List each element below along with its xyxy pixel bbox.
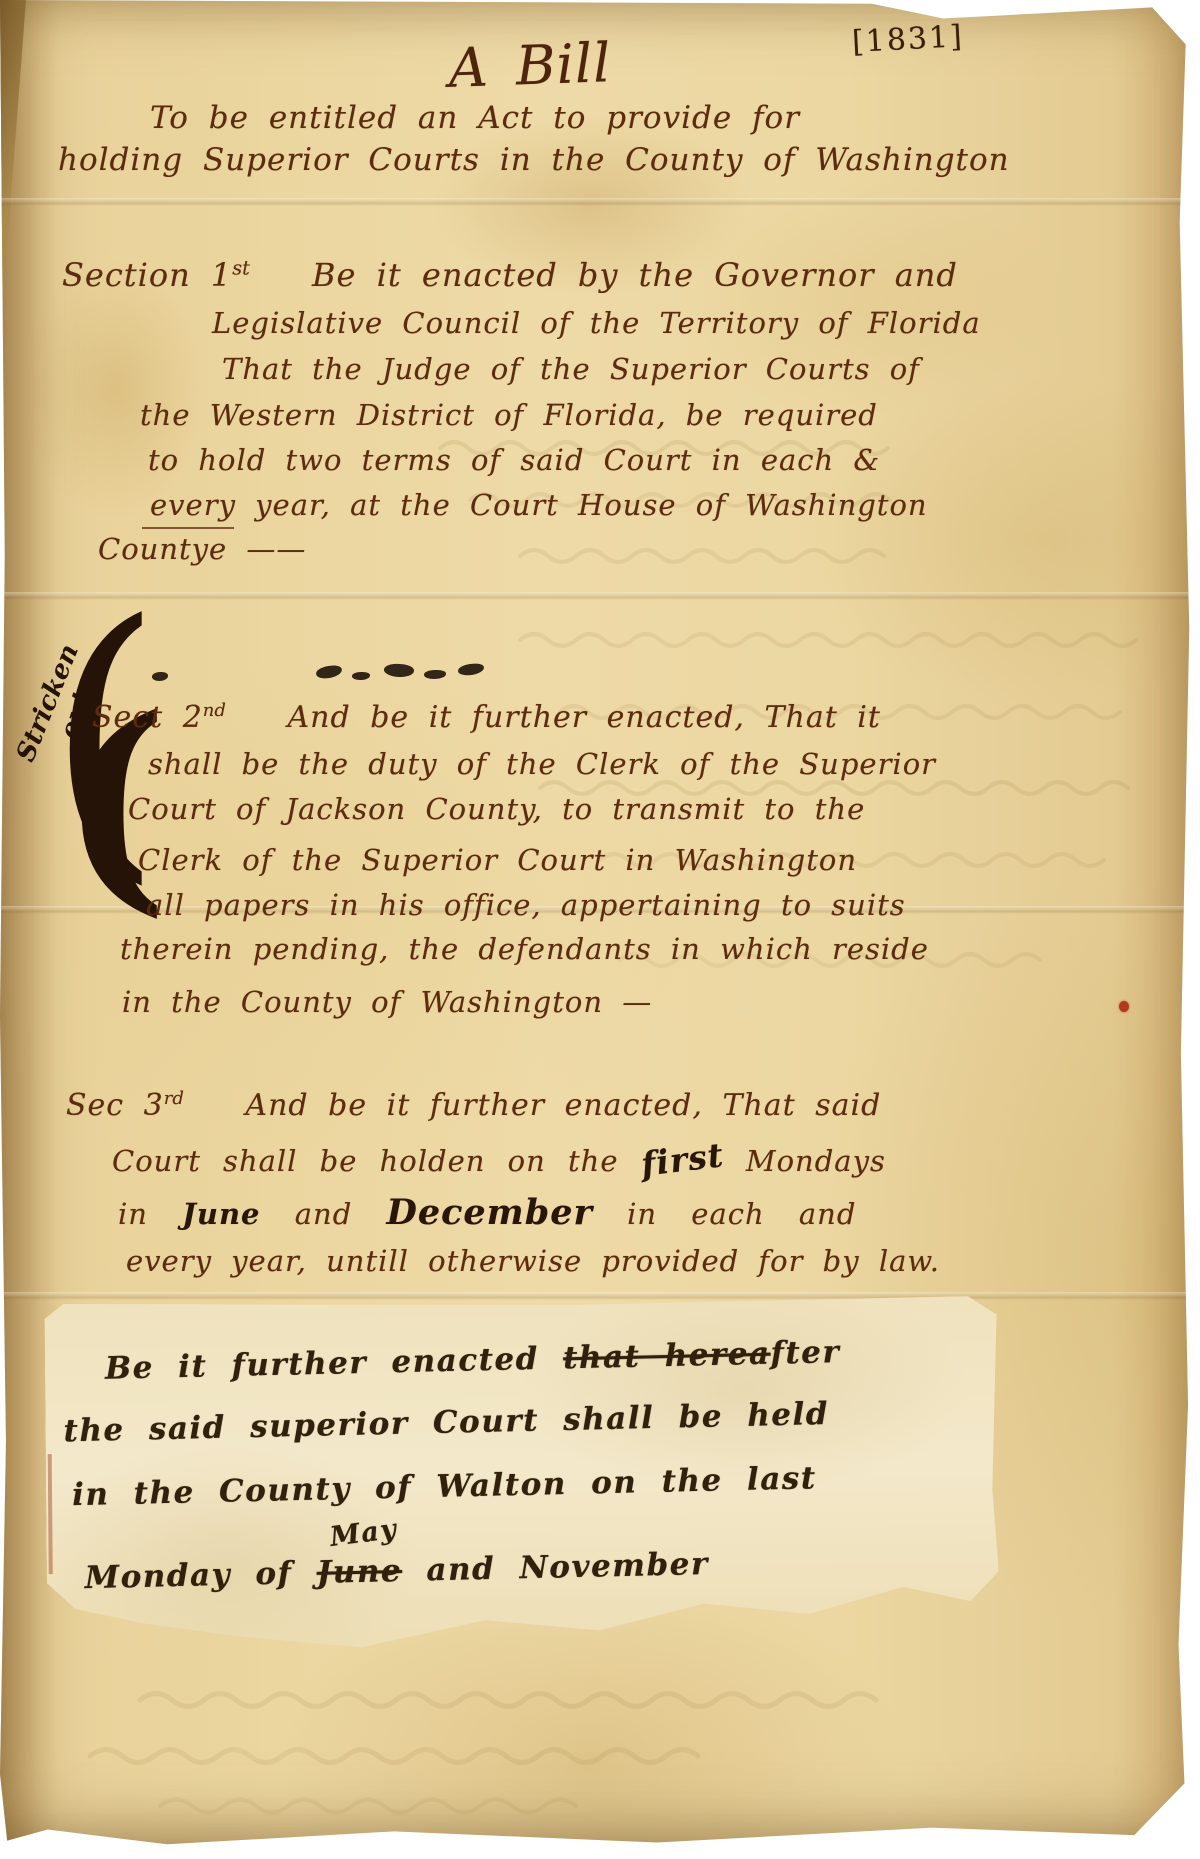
countye-overline [142,527,234,529]
inserted-word-december: December [386,1192,592,1233]
scanned-document: [1831] A Bill To be entitled an Act to p… [0,0,1200,1859]
ink-smudge [457,663,484,677]
fold-crease [0,1292,1194,1300]
section2-line1: Sect 2nd And be it further enacted, That… [92,700,881,735]
section3-line1: Sec 3rd And be it further enacted, That … [66,1088,881,1123]
ink-smudge [352,672,370,680]
section1-line4: the Western District of Florida, be requ… [140,398,878,432]
section1-line5: to hold two terms of said Court in each … [148,443,880,477]
inserted-word-may: May [328,1514,399,1553]
fold-crease [0,198,1194,206]
year-annotation: [1831] [851,19,964,60]
section3-line3: in June and December in each and [118,1192,856,1233]
section2-line2: shall be the duty of the Clerk of the Su… [148,747,936,781]
red-wax-dot [1119,1001,1129,1012]
section2-label: Sect 2nd [92,700,226,735]
section3-line4: every year, untill otherwise provided fo… [126,1244,940,1278]
section3-label: Sec 3rd [66,1088,184,1123]
ink-smudge [424,670,446,679]
ink-smudge [315,664,342,680]
ink-smudge [383,663,414,679]
section3-line2: Court shall be holden on the first Monda… [112,1140,886,1179]
section2-line6: therein pending, the defendants in which… [120,932,929,966]
slip-line1: Be it further enacted that hereafter [105,1334,841,1387]
slip-edge-mark [48,1454,53,1574]
section2-line5: all papers in his office, appertaining t… [146,888,906,922]
section1-line3: That the Judge of the Superior Courts of [222,352,920,386]
section2-line3: Court of Jackson County, to transmit to … [128,792,865,826]
manuscript-page: [1831] A Bill To be entitled an Act to p… [0,0,1194,1848]
inserted-word-first: first [639,1135,726,1184]
struck-words: that herea [563,1336,771,1377]
section2-line7: in the County of Washington — [122,985,652,1019]
fold-crease [0,592,1194,600]
correction-stack: MayJune [316,1553,402,1591]
bill-subtitle-line1: To be entitled an Act to provide for [150,100,800,136]
section2-line4: Clerk of the Superior Court in Washingto… [138,843,857,877]
slip-line3: in the County of Walton on the last [72,1460,817,1513]
bill-subtitle-line2: holding Superior Courts in the County of… [58,142,1010,178]
slip-line2: the said superior Court shall be held [63,1396,829,1449]
torn-edge [0,0,26,300]
pasted-amendment-slip: Be it further enacted that hereafter the… [44,1296,999,1676]
section1-label: Section 1st [62,256,250,294]
section1-line6: every year, at the Court House of Washin… [150,488,928,522]
slip-line4: Monday of MayJune and November [84,1546,709,1596]
struck-word-june: June [316,1553,402,1591]
inserted-word-june: June [182,1197,260,1231]
section1-line2: Legislative Council of the Territory of … [212,306,981,340]
section1-line1: Section 1st Be it enacted by the Governo… [62,256,958,294]
page-title: A Bill [339,27,721,103]
